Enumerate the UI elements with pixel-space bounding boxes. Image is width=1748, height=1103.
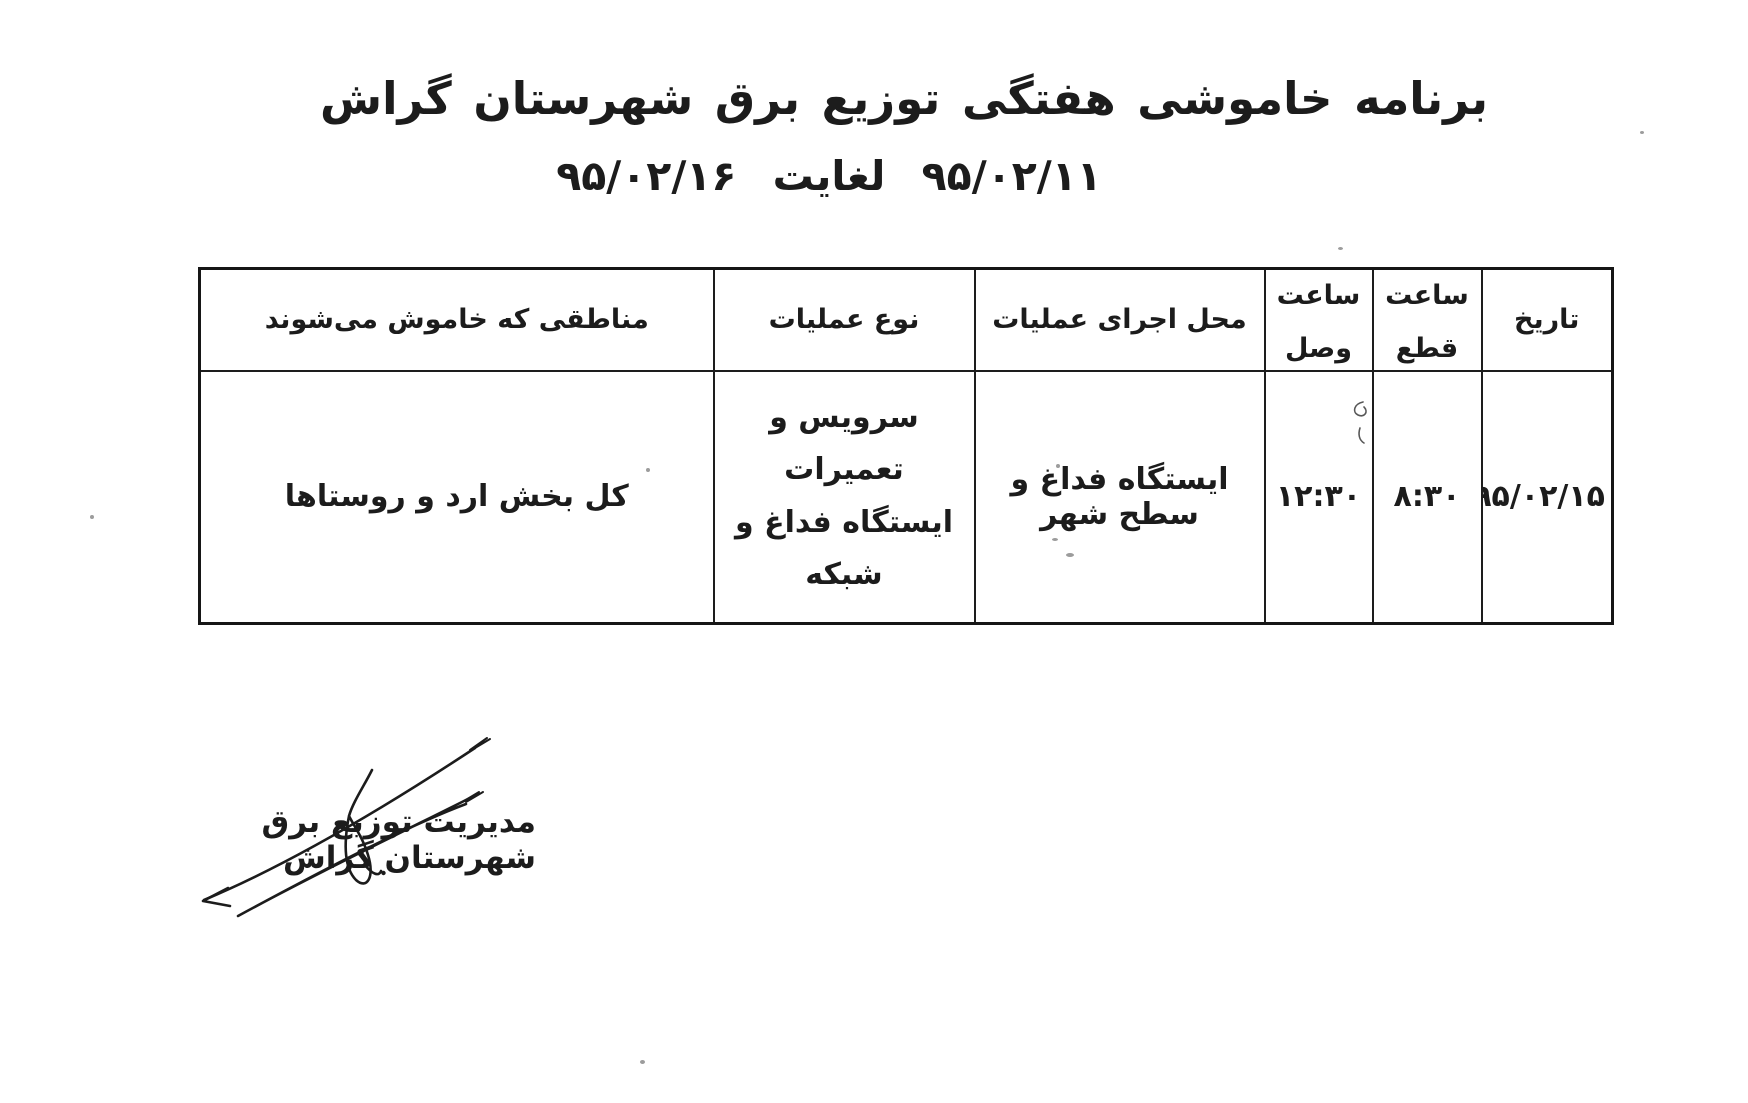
header-location: محل اجرای عملیات <box>975 269 1265 371</box>
cell-date: ۹۵/۰۲/۱۵ <box>1482 371 1613 624</box>
scan-speck <box>1066 553 1074 557</box>
header-hour-label: ساعت <box>1272 280 1366 311</box>
header-location-label: محل اجرای عملیات <box>992 304 1246 335</box>
scan-speck <box>646 468 650 472</box>
cell-cut-time: ۸:۳۰ <box>1373 371 1482 624</box>
table-header-row: تاریخ ساعت قطع ساعت وصل محل اجرای عملیات… <box>200 269 1613 371</box>
header-connect-label: وصل <box>1272 333 1366 364</box>
scan-speck <box>1640 131 1644 134</box>
header-operation-type-label: نوع عملیات <box>769 304 920 335</box>
header-connect-time: ساعت وصل <box>1265 269 1373 371</box>
cell-areas: کل بخش ارد و روستاها <box>200 371 714 624</box>
outage-schedule-table: تاریخ ساعت قطع ساعت وصل محل اجرای عملیات… <box>198 267 1614 625</box>
header-cut-time: ساعت قطع <box>1373 269 1482 371</box>
header-areas-label: مناطقی که خاموش می‌شوند <box>265 304 649 335</box>
operation-type-line2: ایستگاه فداغ و شبکه <box>721 497 968 602</box>
header-operation-type: نوع عملیات <box>714 269 975 371</box>
scan-speck <box>1338 247 1343 250</box>
scan-speck <box>640 1060 645 1064</box>
cell-location: ایستگاه فداغ و سطح شهر <box>975 371 1265 624</box>
header-date: تاریخ <box>1482 269 1613 371</box>
cell-operation-type: سرویس و تعمیرات ایستگاه فداغ و شبکه <box>714 371 975 624</box>
table-row: ۹۵/۰۲/۱۵ ۸:۳۰ ۱۲:۳۰ ایستگاه فداغ و سطح ش… <box>200 371 1613 624</box>
header-date-label: تاریخ <box>1514 304 1579 335</box>
scanned-outage-schedule-page: { "document": { "title": "برنامه خاموشی … <box>0 0 1748 1103</box>
ink-smudge <box>1348 398 1374 450</box>
header-areas: مناطقی که خاموش می‌شوند <box>200 269 714 371</box>
date-range: ۹۵/۰۲/۱۱ لغایت ۹۵/۰۲/۱۶ <box>0 152 1748 200</box>
operation-type-line1: سرویس و تعمیرات <box>721 392 968 497</box>
page-title: برنامه خاموشی هفتگی توزیع برق شهرستان گر… <box>0 72 1748 125</box>
scan-speck <box>1052 538 1058 541</box>
scan-speck <box>90 515 94 519</box>
header-cut-label: قطع <box>1380 333 1475 364</box>
header-hour-label: ساعت <box>1380 280 1475 311</box>
scan-speck <box>1056 464 1060 468</box>
handwritten-signature <box>150 696 580 941</box>
